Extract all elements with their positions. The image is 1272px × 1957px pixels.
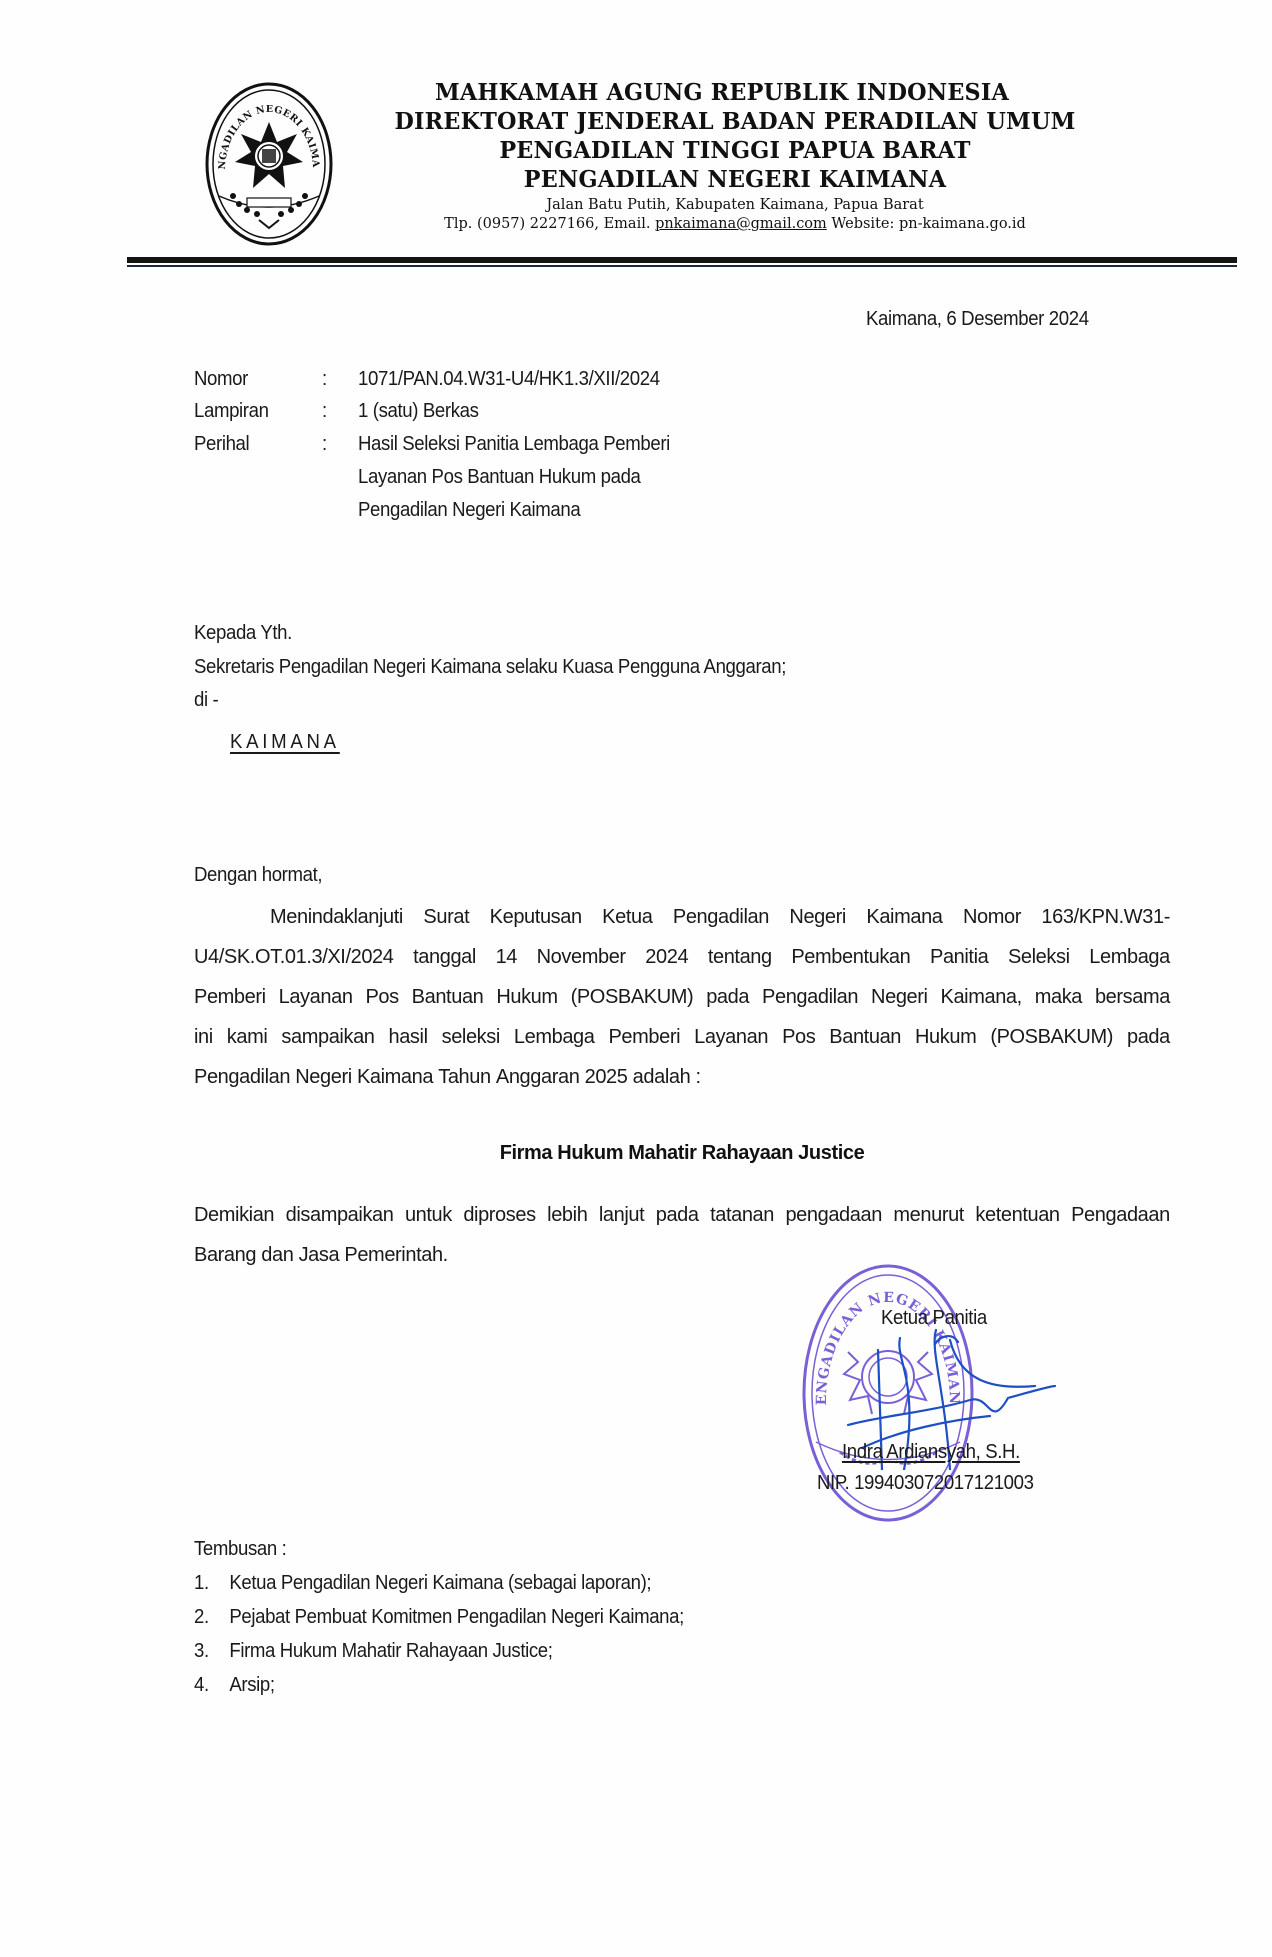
tembusan-item-number: 2.	[194, 1606, 229, 1629]
closing-paragraph: Demikiandisampaikanuntukdiproseslebihlan…	[194, 1202, 1170, 1282]
main-paragraph-line: Pengadilan Negeri Kaimana Tahun Anggaran…	[194, 1064, 1170, 1104]
greeting: Dengan hormat,	[194, 864, 322, 887]
perihal-label: Perihal	[194, 433, 249, 456]
main-paragraph-line: PemberiLayananPosBantuanHukum(POSBAKUM)p…	[194, 984, 1170, 1024]
perihal-line-1: Hasil Seleksi Panitia Lembaga Pemberi	[358, 433, 670, 456]
nomor-value: 1071/PAN.04.W31-U4/HK1.3/XII/2024	[358, 368, 660, 391]
tembusan-item-number: 4.	[194, 1674, 229, 1697]
letter-date: Kaimana, 6 Desember 2024	[866, 308, 1089, 331]
letterhead-rule-thin	[127, 265, 1237, 267]
letterhead-contact: Tlp. (0957) 2227166, Email. pnkaimana@gm…	[345, 215, 1125, 234]
tembusan-item: 4.Arsip;	[194, 1674, 275, 1697]
main-paragraph-line: inikamisampaikanhasilseleksiLembagaPembe…	[194, 1024, 1170, 1064]
letterhead-line-4: PENGADILAN NEGERI KAIMANA	[357, 165, 1114, 194]
recipient-di: di -	[194, 689, 218, 712]
letterhead: MAHKAMAH AGUNG REPUBLIK INDONESIA DIREKT…	[345, 78, 1125, 234]
tembusan-item-number: 3.	[194, 1640, 229, 1663]
tembusan-item: 1.Ketua Pengadilan Negeri Kaimana (sebag…	[194, 1572, 651, 1595]
letter-page: PENGADILAN NEGERI KAIMANA MAHKAMAH AGUNG…	[0, 0, 1272, 1957]
letterhead-address: Jalan Batu Putih, Kabupaten Kaimana, Pap…	[345, 196, 1125, 215]
tembusan-heading: Tembusan :	[194, 1538, 286, 1561]
letterhead-rule-thick	[127, 257, 1237, 263]
nomor-colon: :	[322, 368, 327, 391]
contact-phone: Tlp. (0957) 2227166, Email.	[444, 216, 655, 232]
selected-firm: Firma Hukum Mahatir Rahayaan Justice	[194, 1142, 1170, 1165]
recipient-place: KAIMANA	[230, 731, 340, 754]
closing-paragraph-line: Demikiandisampaikanuntukdiproseslebihlan…	[194, 1202, 1170, 1242]
court-emblem-icon: PENGADILAN NEGERI KAIMANA	[203, 78, 335, 248]
tembusan-item-text: Pejabat Pembuat Komitmen Pengadilan Nege…	[229, 1606, 684, 1628]
tembusan-item-text: Arsip;	[229, 1674, 274, 1696]
tembusan-item: 2.Pejabat Pembuat Komitmen Pengadilan Ne…	[194, 1606, 684, 1629]
signatory-name: Indra Ardiansyah, S.H.	[842, 1441, 1020, 1464]
tembusan-item-text: Firma Hukum Mahatir Rahayaan Justice;	[229, 1640, 552, 1662]
perihal-line-3: Pengadilan Negeri Kaimana	[358, 499, 580, 522]
perihal-colon: :	[322, 433, 327, 456]
main-paragraph: MenindaklanjutiSuratKeputusanKetuaPengad…	[194, 904, 1170, 1104]
lampiran-label: Lampiran	[194, 400, 269, 423]
tembusan-item: 3.Firma Hukum Mahatir Rahayaan Justice;	[194, 1640, 553, 1663]
letterhead-line-3: PENGADILAN TINGGI PAPUA BARAT	[357, 136, 1114, 165]
recipient-salutation: Kepada Yth.	[194, 622, 292, 645]
main-paragraph-line: U4/SK.OT.01.3/XI/2024tanggal14November20…	[194, 944, 1170, 984]
contact-email-link[interactable]: pnkaimana@gmail.com	[655, 216, 827, 232]
recipient-name: Sekretaris Pengadilan Negeri Kaimana sel…	[194, 656, 786, 679]
closing-paragraph-line: Barang dan Jasa Pemerintah.	[194, 1242, 1170, 1282]
lampiran-value: 1 (satu) Berkas	[358, 400, 479, 423]
letterhead-line-2: DIREKTORAT JENDERAL BADAN PERADILAN UMUM	[357, 107, 1114, 136]
main-paragraph-line: MenindaklanjutiSuratKeputusanKetuaPengad…	[194, 904, 1170, 944]
nomor-label: Nomor	[194, 368, 248, 391]
lampiran-colon: :	[322, 400, 327, 423]
contact-website: Website: pn-kaimana.go.id	[827, 216, 1026, 232]
tembusan-item-text: Ketua Pengadilan Negeri Kaimana (sebagai…	[229, 1572, 651, 1594]
perihal-line-2: Layanan Pos Bantuan Hukum pada	[358, 466, 641, 489]
letterhead-line-1: MAHKAMAH AGUNG REPUBLIK INDONESIA	[331, 78, 1113, 107]
tembusan-item-number: 1.	[194, 1572, 229, 1595]
signatory-nip: NIP. 199403072017121003	[817, 1472, 1034, 1495]
